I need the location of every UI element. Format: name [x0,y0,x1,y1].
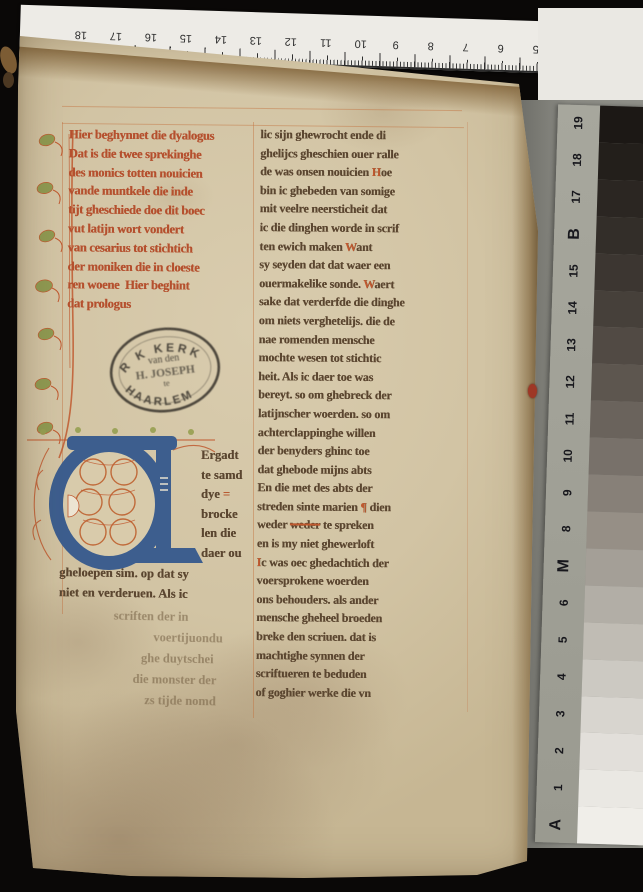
text-line: breke den scriuen. dat is [256,627,470,647]
grayscale-label: 10 [547,436,590,474]
text-line: mensche gheheel broeden [256,608,470,628]
grayscale-step [583,622,643,661]
text-line: bin ic ghebeden van somige [260,181,474,201]
text-line: sake dat verderfde die dinghe [259,292,473,312]
grayscale-step [589,438,643,477]
manuscript-page: Hier beghynnet die dyalogusDat is die tw… [15,26,540,882]
text-line: bereyt. so om ghebreck der [258,385,472,405]
text-line: ic die dinghen worde in scrif [260,218,474,238]
text-line: dye = [201,485,242,505]
ruler-number: 15 [173,32,199,45]
text-line: mit veelre neersticheit dat [260,199,474,219]
text-line: scriftueren te beduden [256,664,470,684]
text-line: om niets verghetelijs. die de [259,311,473,331]
text-line: ren woene Hier beghint [67,276,212,296]
grayscale-label: 18 [556,141,599,179]
grayscale-step [582,659,643,698]
grayscale-step [578,770,643,809]
text-line: En die met des abts der [257,478,471,498]
grayscale-label: 13 [550,326,593,364]
text-line: voersprokene woerden [256,571,470,591]
grayscale-label: 2 [537,731,580,769]
grayscale-label: 19 [557,104,600,142]
ruler-number: 14 [208,33,234,46]
text-line: ons behouders. als ander [256,590,470,610]
text-line: sy seyden dat dat waer een [259,255,473,275]
ruler-number: 17 [103,29,129,42]
ruler-number: 10 [348,37,374,50]
grayscale-label: 8 [544,510,587,548]
ruler-number: 8 [418,39,444,52]
text-line: streden sinte marien ¶ dien [257,497,471,517]
grayscale-step [587,475,643,514]
initial-side-text: Ergadtte samddye =brockelen diedaer ou [201,446,242,563]
grayscale-step [579,733,643,772]
text-line: te samd [201,466,242,486]
grayscale-label: 17 [555,178,598,216]
grayscale-step [584,585,643,624]
text-line: de was onsen nouicien Hoe [260,162,474,182]
text-line: Ergadt [201,446,242,466]
text-line: dat prologus [67,294,212,314]
text-line: gheloepen sim. op dat sy [59,563,189,584]
grayscale-step [590,401,643,440]
rubric-text: Hier beghynnet die dyalogusDat is die tw… [67,125,214,314]
text-line: van cesarius tot stichtich [68,238,213,258]
grayscale-label: 3 [538,695,581,733]
grayscale-label: B [554,215,597,253]
grayscale-label: M [543,547,586,585]
text-line: brocke [201,505,242,525]
grayscale-step [599,106,643,145]
grayscale-label: 4 [540,658,583,696]
text-line: vut latijn wort vondert [68,219,213,239]
right-column-text: lic sijn ghewrocht ende dighelijcs ghesc… [255,125,474,703]
text-line: dat ghebode mijns abts [257,460,471,480]
text-line: zs tijde nomd [144,690,222,712]
text-line: voertijuondu [153,627,223,649]
text-line: daer ou [201,544,242,564]
grayscale-step [577,807,643,846]
grayscale-label: 1 [536,768,579,806]
text-line: ten ewich maken Want [259,237,473,257]
left-column-faded-text: scriften der invoertijuondughe duytschei… [54,605,223,713]
grayscale-label: 14 [551,289,594,327]
text-line: achterclappinghe willen [258,423,472,443]
grayscale-label: A [535,805,578,843]
grayscale-step [585,548,643,587]
text-line: of goghier werke die vn [255,683,469,703]
grayscale-step [597,179,643,218]
ruler-number: 18 [68,28,94,41]
svg-text:V: V [77,451,142,550]
grayscale-step [593,290,643,329]
text-line: tijt gheschiede doe dit boec [68,200,213,220]
text-line: vande muntkele die inde [68,182,213,202]
left-column-text: gheloepen sim. op dat syniet en verderue… [59,563,189,604]
book-clasp-remnant [0,42,20,102]
ruler-number: 13 [243,34,269,47]
text-line: en is my niet ghewerloft [257,534,471,554]
text-line: nae romenden mensche [259,330,473,350]
text-line: scriften der in [114,606,224,629]
ruler-number: 7 [453,40,479,53]
text-line: mochte wesen tot stichtic [258,348,472,368]
text-line: ghe duytschei [141,648,223,670]
text-line: lic sijn ghewrocht ende di [260,125,474,145]
text-line: des monics totten nouicien [68,163,213,183]
library-stamp: R K KERK van den H. JOSEPH te HAARLEM [102,317,228,422]
text-line: der benyders ghinc toe [258,441,472,461]
grayscale-label: 15 [552,252,595,290]
text-line: weder weder te spreken [257,516,471,536]
text-line: latijnscher woerden. so om [258,404,472,424]
grayscale-label: 9 [545,473,588,511]
grayscale-label: 11 [548,399,591,437]
grayscale-label: 12 [549,363,592,401]
text-line: Dat is die twee sprekinghe [69,144,214,164]
ruling-line-vertical [253,122,254,718]
text-line: niet en verderuen. Als ic [59,583,189,604]
text-line: ghelijcs gheschien ouer ralle [260,144,474,164]
text-line: Hier beghynnet die dyalogus [69,125,214,145]
red-wax-dot [528,384,537,398]
text-line: ouermakelike sonde. Waert [259,274,473,294]
text-line: heit. Als ic daer toe was [258,367,472,387]
text-line: der moniken die in cloeste [67,257,212,277]
grayscale-label: 6 [542,584,585,622]
text-line: len die [201,524,242,544]
grayscale-step [586,511,643,550]
text-line: die monster der [132,669,222,692]
ruler-number: 11 [313,36,339,49]
grayscale-step [594,253,643,292]
ruler-number: 6 [488,41,514,54]
stamp-line4-text: te [163,378,171,389]
grayscale-step [598,143,643,182]
ruling-line-horizontal [62,106,462,111]
grayscale-step [580,696,643,735]
manuscript-photo: 1817161514131211109876543 [0,0,643,892]
grayscale-label: 5 [541,621,584,659]
ruler-number: 9 [383,38,409,51]
text-line: Ic was oec ghedachtich der [257,553,471,573]
decorated-initial: V [23,420,223,578]
grayscale-step [596,216,643,255]
grayscale-step [592,327,643,366]
ruler-number: 12 [278,35,304,48]
ruler-number: 16 [138,30,164,43]
grayscale-step [591,364,643,403]
text-line: machtighe synnen der [256,646,470,666]
